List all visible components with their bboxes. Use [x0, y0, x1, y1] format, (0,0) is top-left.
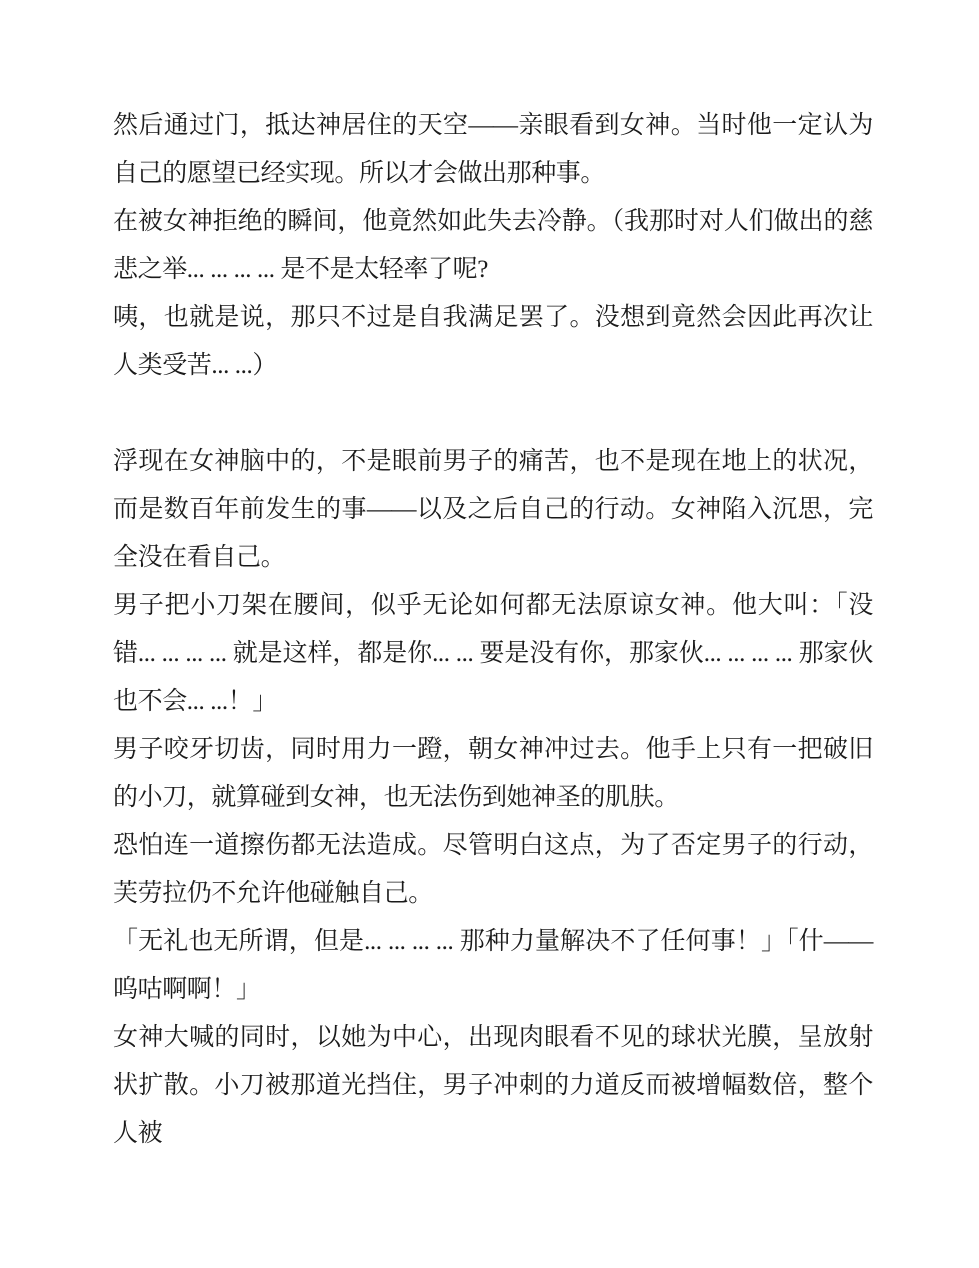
- document-page: 然后通过门，抵达神居住的天空——亲眼看到女神。当时他一定认为自己的愿望已经实现。…: [0, 0, 979, 1268]
- paragraph: 在被女神拒绝的瞬间，他竟然如此失去冷静。（我那时对人们做出的慈悲之举... ..…: [113, 198, 873, 294]
- blank-line: [113, 390, 873, 438]
- paragraph: 恐怕连一道擦伤都无法造成。尽管明白这点，为了否定男子的行动，芙劳拉仍不允许他碰触…: [113, 822, 873, 918]
- paragraph: 男子咬牙切齿，同时用力一蹬，朝女神冲过去。他手上只有一把破旧的小刀，就算碰到女神…: [113, 726, 873, 822]
- paragraph: 咦，也就是说，那只不过是自我满足罢了。没想到竟然会因此再次让人类受苦... ..…: [113, 294, 873, 390]
- body-text: 然后通过门，抵达神居住的天空——亲眼看到女神。当时他一定认为自己的愿望已经实现。…: [113, 102, 873, 1158]
- paragraph: 男子把小刀架在腰间，似乎无论如何都无法原谅女神。他大叫：「没错... ... .…: [113, 582, 873, 726]
- paragraph: 浮现在女神脑中的，不是眼前男子的痛苦，也不是现在地上的状况，而是数百年前发生的事…: [113, 438, 873, 582]
- paragraph: 女神大喊的同时，以她为中心，出现肉眼看不见的球状光膜，呈放射状扩散。小刀被那道光…: [113, 1014, 873, 1158]
- paragraph: 然后通过门，抵达神居住的天空——亲眼看到女神。当时他一定认为自己的愿望已经实现。…: [113, 102, 873, 198]
- paragraph: 「无礼也无所谓，但是... ... ... ... 那种力量解决不了任何事！」「…: [113, 918, 873, 1014]
